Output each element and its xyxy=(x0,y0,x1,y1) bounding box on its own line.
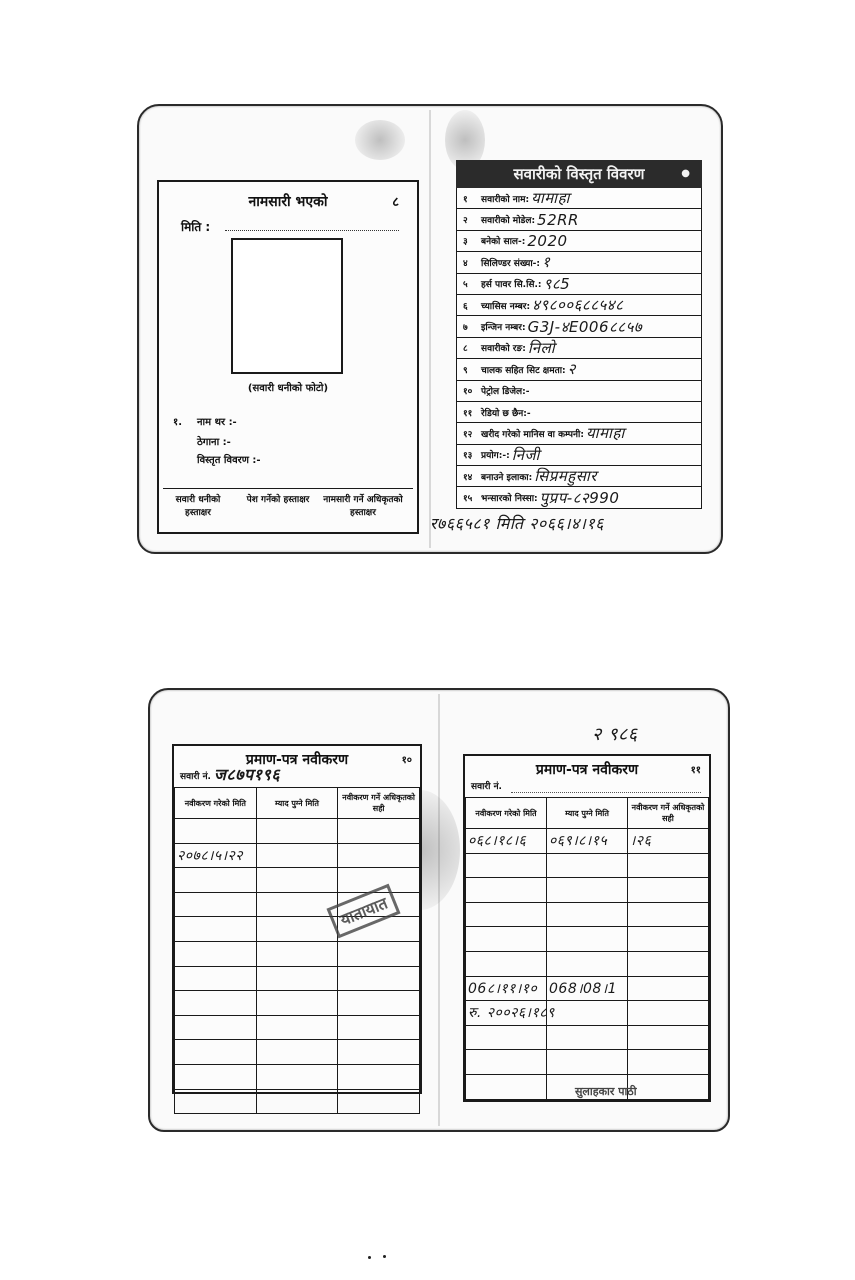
row-value: 52RR xyxy=(537,211,579,229)
table-cell xyxy=(466,927,547,952)
table-cell xyxy=(256,1015,338,1040)
photo-caption: (सवारी धनीको फोटो) xyxy=(159,380,417,394)
table-cell xyxy=(628,1050,709,1075)
row-label: इन्जिन नम्बर: xyxy=(481,320,526,333)
table-row xyxy=(466,1025,709,1050)
details-row: १४बनाउने इलाका:सिप्रमहुसार xyxy=(456,466,702,487)
top-handwritten-note: २ ९८६ xyxy=(592,722,638,746)
row-value: २ xyxy=(568,359,576,379)
row-label: हर्स पावर सि.सि.: xyxy=(481,277,542,290)
renewal-title: प्रमाण-पत्र नवीकरण ११ xyxy=(465,756,709,779)
row-value: १ xyxy=(542,252,550,272)
table-cell xyxy=(466,853,547,878)
vehicle-number-row: सवारी नं. xyxy=(465,779,709,797)
row-label: सवारीको रङ: xyxy=(481,341,526,354)
renewal-title-text: प्रमाण-पत्र नवीकरण xyxy=(536,762,638,778)
row-label: बनाउने इलाका: xyxy=(481,470,532,483)
ownership-transfer-card: नामसारी भएको ८ मिति : (सवारी धनीको फोटो)… xyxy=(157,180,419,534)
table-row: २०७८।५।२२ xyxy=(175,843,420,868)
table-cell xyxy=(175,941,257,966)
renewal-table-right: प्रमाण-पत्र नवीकरण ११ सवारी नं. नवीकरण ग… xyxy=(463,754,711,1102)
details-title: सवारीको विस्तृत विवरण xyxy=(514,165,645,183)
table-cell xyxy=(338,941,420,966)
page-number: ११ xyxy=(691,762,701,776)
table-row xyxy=(175,941,420,966)
row-value: निलो xyxy=(528,338,555,358)
details-rows: १सवारीको नाम:यामाहा२सवारीको मोडेल:52RR३ब… xyxy=(456,188,702,509)
row-value: G3J-४E006८८५७ xyxy=(528,317,643,337)
table-cell xyxy=(256,892,338,917)
row-label: रेडियो छ छैन:- xyxy=(481,406,531,419)
table-cell: ०६८।१८।६ xyxy=(466,829,547,854)
row-number: १२ xyxy=(463,427,481,440)
table-cell xyxy=(547,1050,628,1075)
row-number: १० xyxy=(463,384,481,397)
table-row xyxy=(175,819,420,844)
table-row: ०६८।१८।६०६९।८।१५।२६ xyxy=(466,829,709,854)
table-cell: २०७८।५।२२ xyxy=(175,843,257,868)
row-label: सवारीको नाम: xyxy=(481,192,529,205)
table-row xyxy=(466,878,709,903)
table-cell xyxy=(256,843,338,868)
smudge xyxy=(355,120,405,160)
table-cell: 06८।११।१० xyxy=(466,976,547,1001)
details-row: ११रेडियो छ छैन:- xyxy=(456,402,702,423)
table-cell xyxy=(256,941,338,966)
table-cell xyxy=(256,917,338,942)
table-cell xyxy=(547,853,628,878)
table-row: 06८।११।१०068।08।1 xyxy=(466,976,709,1001)
details-row: १५भन्सारको निस्सा:पुप्रप-८२990 xyxy=(456,487,702,508)
table-row xyxy=(466,951,709,976)
officer-signature-label: नामसारी गर्ने अधिकृतको हस्ताक्षर xyxy=(315,494,411,520)
table-cell xyxy=(175,1040,257,1065)
field-address: ठेगाना :- xyxy=(197,434,231,448)
table-cell xyxy=(256,1089,338,1114)
table-cell xyxy=(338,991,420,1016)
table-row xyxy=(466,927,709,952)
table-cell xyxy=(466,902,547,927)
column-header: नवीकरण गर्ने अधिकृतको सही xyxy=(338,788,420,819)
table-cell xyxy=(338,1064,420,1089)
registration-footer-note: र७६६५८१ मिति २०६६।४।१६ xyxy=(430,512,604,534)
table-cell xyxy=(547,951,628,976)
vehicle-number-value: ज८७प१९६ xyxy=(214,763,280,785)
table-cell xyxy=(256,1064,338,1089)
table-row xyxy=(466,853,709,878)
vehicle-number-line xyxy=(511,792,701,793)
column-header: नवीकरण गरेको मिति xyxy=(175,788,257,819)
table-cell xyxy=(466,1074,547,1099)
renewal-grid-left: नवीकरण गरेको मितिम्याद पुग्ने मितिनवीकरण… xyxy=(174,787,420,1114)
page-number: १० xyxy=(402,752,412,766)
row-label: भन्सारको निस्सा: xyxy=(481,491,538,504)
table-cell xyxy=(628,902,709,927)
details-row: १२खरीद गरेको मानिस वा कम्पनी:यामाहा xyxy=(456,423,702,444)
row-label: सवारीको मोडेल: xyxy=(481,213,535,226)
table-cell: ०६९।८।१५ xyxy=(547,829,628,854)
renewal-title: प्रमाण-पत्र नवीकरण १० xyxy=(174,746,420,769)
table-cell xyxy=(256,819,338,844)
row-label: च्यासिस नम्बर: xyxy=(481,299,530,312)
table-cell xyxy=(256,966,338,991)
column-header: म्याद पुग्ने मिति xyxy=(256,788,338,819)
table-cell xyxy=(175,917,257,942)
row-number: ९ xyxy=(463,363,481,376)
row-number: ७ xyxy=(463,320,481,333)
details-row: ६च्यासिस नम्बर:४९८००६८८५४८ xyxy=(456,295,702,316)
table-row xyxy=(175,1064,420,1089)
table-cell xyxy=(628,951,709,976)
row-number: १४ xyxy=(463,470,481,483)
table-cell xyxy=(256,868,338,893)
row-value: 2020 xyxy=(527,232,567,250)
row-number: १ xyxy=(463,192,481,205)
table-cell xyxy=(628,1025,709,1050)
table-cell xyxy=(547,1001,628,1026)
details-row: ३बनेको साल-:2020 xyxy=(456,231,702,252)
table-cell xyxy=(175,1015,257,1040)
bottom-handwritten-note: सुलाहकार पाठी xyxy=(575,1084,637,1099)
date-field-line xyxy=(225,230,399,231)
table-cell xyxy=(175,966,257,991)
row-value: यामाहा xyxy=(531,188,570,208)
table-row xyxy=(175,966,420,991)
table-cell xyxy=(338,819,420,844)
table-cell xyxy=(338,1015,420,1040)
row-value: सिप्रमहुसार xyxy=(534,466,597,486)
page-number: ८ xyxy=(392,192,399,210)
row-value: निजी xyxy=(512,445,540,465)
vehicle-number-label: सवारी नं. xyxy=(471,782,502,792)
field-number: १. xyxy=(173,414,182,428)
row-value: ४९८००६८८५४८ xyxy=(532,295,623,315)
table-cell xyxy=(338,966,420,991)
row-number: १३ xyxy=(463,448,481,461)
table-cell xyxy=(175,819,257,844)
table-cell xyxy=(175,868,257,893)
table-cell xyxy=(175,991,257,1016)
table-row xyxy=(175,991,420,1016)
row-value: यामाहा xyxy=(586,423,625,443)
table-cell: 068।08।1 xyxy=(547,976,628,1001)
table-row xyxy=(175,1040,420,1065)
row-number: ६ xyxy=(463,299,481,312)
vehicle-number-label: सवारी नं. xyxy=(180,772,211,782)
table-cell xyxy=(256,991,338,1016)
table-cell xyxy=(175,1064,257,1089)
table-row xyxy=(175,1089,420,1114)
table-cell xyxy=(547,902,628,927)
table-cell xyxy=(547,1025,628,1050)
table-cell xyxy=(628,1001,709,1026)
row-number: ४ xyxy=(463,256,481,269)
details-row: ७इन्जिन नम्बर:G3J-४E006८८५७ xyxy=(456,316,702,337)
table-cell xyxy=(466,878,547,903)
table-cell xyxy=(466,1025,547,1050)
booklet-2-fold xyxy=(438,694,440,1126)
details-row: ८सवारीको रङ:निलो xyxy=(456,338,702,359)
bullet-icon: ● xyxy=(681,160,690,188)
table-cell xyxy=(338,843,420,868)
vehicle-number-row: सवारी नं. ज८७प१९६ xyxy=(174,769,420,787)
table-cell xyxy=(628,878,709,903)
vehicle-details-table: सवारीको विस्तृत विवरण ● १सवारीको नाम:याम… xyxy=(456,160,702,509)
submitter-signature-label: पेश गर्नेको हस्ताक्षर xyxy=(243,494,313,507)
details-row: ४सिलिण्डर संख्या-:१ xyxy=(456,252,702,273)
table-row xyxy=(466,1050,709,1075)
speck xyxy=(383,1255,386,1258)
row-value: पुप्रप-८२990 xyxy=(540,488,620,508)
table-cell xyxy=(547,927,628,952)
table-cell xyxy=(628,927,709,952)
details-row: २सवारीको मोडेल:52RR xyxy=(456,209,702,230)
table-row xyxy=(175,917,420,942)
row-label: सिलिण्डर संख्या-: xyxy=(481,256,540,269)
table-cell xyxy=(547,878,628,903)
table-row: रु. २००२६।१८९ xyxy=(466,1001,709,1026)
table-cell xyxy=(175,1089,257,1114)
field-details: विस्तृत विवरण :- xyxy=(197,452,261,466)
table-row xyxy=(466,902,709,927)
details-header: सवारीको विस्तृत विवरण ● xyxy=(456,160,702,188)
row-number: ५ xyxy=(463,277,481,290)
table-cell xyxy=(338,1089,420,1114)
row-number: ११ xyxy=(463,406,481,419)
card-title: नामसारी भएको xyxy=(159,192,417,211)
details-row: १३प्रयोग:-:निजी xyxy=(456,445,702,466)
row-number: २ xyxy=(463,213,481,226)
details-row: ९चालक सहित सिट क्षमता:२ xyxy=(456,359,702,380)
owner-signature-label: सवारी धनीको हस्ताक्षर xyxy=(165,494,231,520)
renewal-grid-right: नवीकरण गरेको मितिम्याद पुग्ने मितिनवीकरण… xyxy=(465,797,709,1100)
details-row: १सवारीको नाम:यामाहा xyxy=(456,188,702,209)
row-label: पेट्रोल डिजेल:- xyxy=(481,384,529,397)
table-cell xyxy=(466,951,547,976)
table-cell xyxy=(466,1050,547,1075)
row-number: १५ xyxy=(463,491,481,504)
table-cell xyxy=(628,976,709,1001)
booklet-1-fold xyxy=(429,110,431,548)
details-row: ५हर्स पावर सि.सि.:९८5 xyxy=(456,274,702,295)
table-cell: रु. २००२६।१८९ xyxy=(466,1001,547,1026)
signature-area: सवारी धनीको हस्ताक्षर पेश गर्नेको हस्ताक… xyxy=(163,482,413,528)
row-number: ३ xyxy=(463,234,481,247)
speck xyxy=(368,1256,371,1259)
column-header: नवीकरण गर्ने अधिकृतको सही xyxy=(628,798,709,829)
column-header: नवीकरण गरेको मिति xyxy=(466,798,547,829)
table-cell: ।२६ xyxy=(628,829,709,854)
table-cell xyxy=(175,892,257,917)
table-cell xyxy=(256,1040,338,1065)
table-row xyxy=(175,1015,420,1040)
row-value: ९८5 xyxy=(544,274,571,294)
details-row: १०पेट्रोल डिजेल:- xyxy=(456,381,702,402)
row-label: प्रयोग:-: xyxy=(481,448,510,461)
date-label: मिति : xyxy=(181,218,210,235)
column-header: म्याद पुग्ने मिति xyxy=(547,798,628,829)
row-number: ८ xyxy=(463,341,481,354)
row-label: बनेको साल-: xyxy=(481,234,525,247)
table-cell xyxy=(628,853,709,878)
field-name: नाम थर :- xyxy=(197,414,237,428)
table-cell xyxy=(338,1040,420,1065)
row-label: खरीद गरेको मानिस वा कम्पनी: xyxy=(481,427,584,440)
table-cell xyxy=(628,1074,709,1099)
owner-photo-box xyxy=(231,238,343,374)
row-label: चालक सहित सिट क्षमता: xyxy=(481,363,566,376)
